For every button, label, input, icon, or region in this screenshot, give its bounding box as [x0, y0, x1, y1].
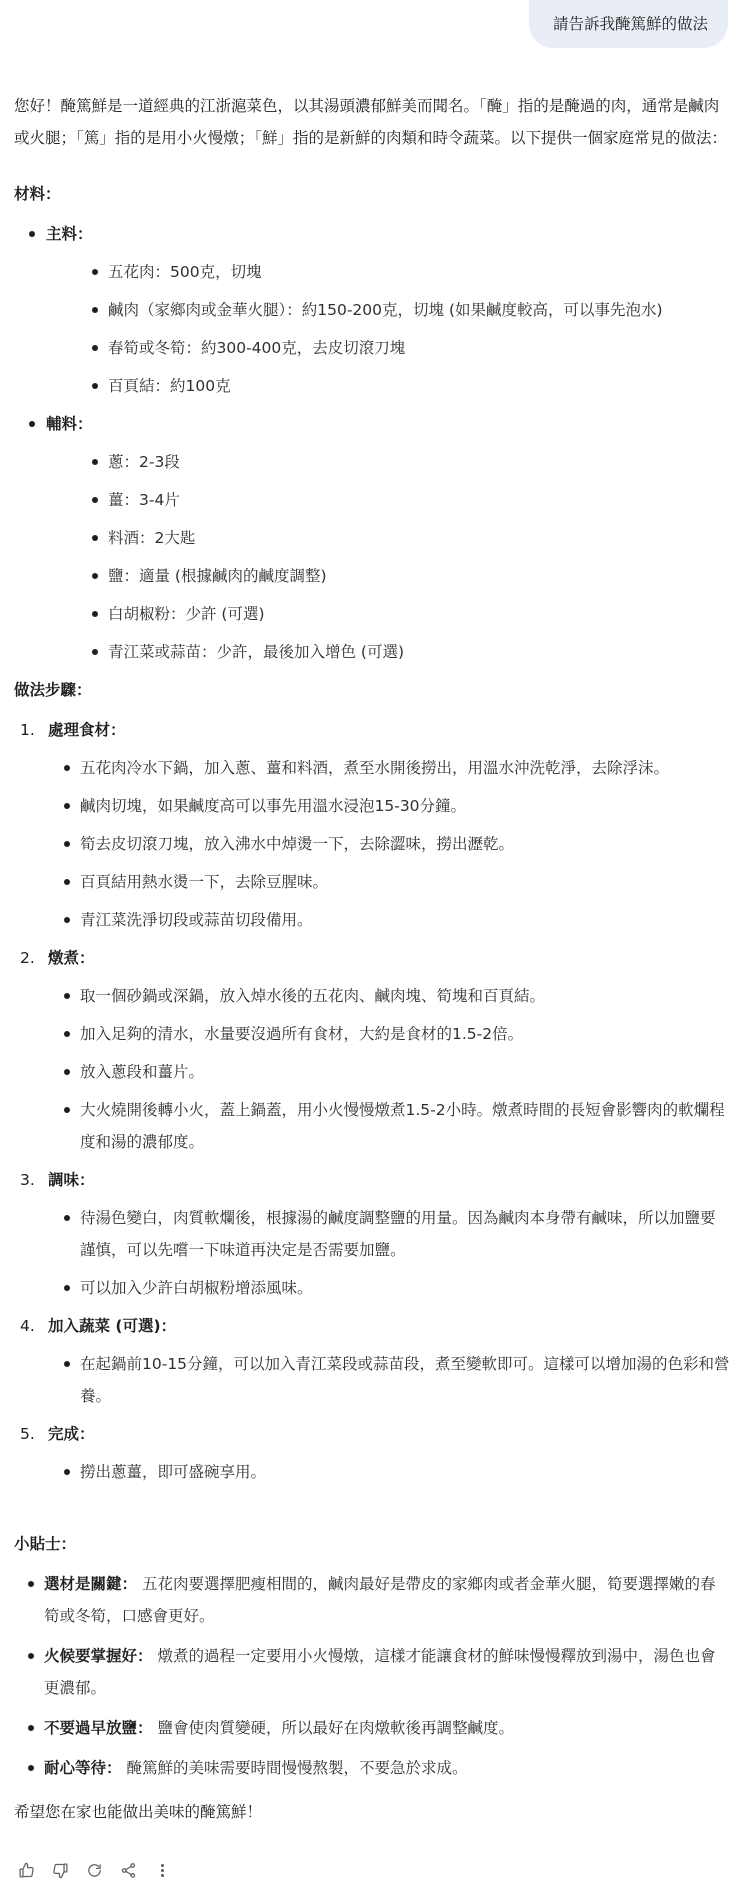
refresh-icon [86, 1862, 103, 1879]
step-number: 3. [20, 1164, 35, 1196]
list-item: 百頁結：約100克 [76, 370, 730, 402]
thumbs-down-icon [52, 1862, 69, 1879]
share-icon [120, 1862, 137, 1879]
thumbs-down-button[interactable] [48, 1858, 72, 1880]
user-message-bubble: 請告訴我醃篤鮮的做法 [529, 0, 728, 48]
tip-title: 火候要掌握好： [44, 1647, 153, 1665]
regenerate-button[interactable] [82, 1858, 106, 1880]
list-item: 大火燒開後轉小火，蓋上鍋蓋，用小火慢慢燉煮1.5-2小時。燉煮時間的長短會影響肉… [48, 1094, 730, 1158]
step-number: 4. [20, 1310, 35, 1342]
reply-intro: 您好！醃篤鮮是一道經典的江浙滬菜色，以其湯頭濃郁鮮美而聞名。「醃」指的是醃過的肉… [14, 90, 730, 154]
list-item: 撈出蔥薑，即可盛碗享用。 [48, 1456, 730, 1488]
tip-item: 耐心等待： 醃篤鮮的美味需要時間慢慢熬製，不要急於求成。 [14, 1752, 730, 1784]
share-button[interactable] [116, 1858, 140, 1880]
tip-title: 選材是關鍵： [44, 1575, 137, 1593]
list-item: 鹽：適量 (根據鹹肉的鹹度調整) [76, 560, 730, 592]
tip-title: 不要過早放鹽： [44, 1719, 153, 1737]
step-label: 燉煮： [48, 942, 730, 974]
steps-list: 1. 處理食材： 五花肉冷水下鍋，加入蔥、薑和料酒，煮至水開後撈出，用溫水沖洗乾… [14, 714, 730, 1488]
thumbs-up-button[interactable] [14, 1858, 38, 1880]
thumbs-up-icon [18, 1862, 35, 1879]
list-item: 可以加入少許白胡椒粉增添風味。 [48, 1272, 730, 1304]
tips-heading: 小貼士： [14, 1528, 730, 1560]
step-4: 4. 加入蔬菜 (可選)： 在起鍋前10-15分鐘，可以加入青江菜段或蒜苗段，煮… [14, 1310, 730, 1412]
ingredients-heading: 材料： [14, 178, 730, 210]
more-options-button[interactable] [150, 1858, 174, 1880]
step-3: 3. 調味： 待湯色變白，肉質軟爛後，根據湯的鹹度調整鹽的用量。因為鹹肉本身帶有… [14, 1164, 730, 1304]
list-item: 五花肉：500克，切塊 [76, 256, 730, 288]
tip-item: 火候要掌握好： 燉煮的過程一定要用小火慢燉，這樣才能讓食材的鮮味慢慢釋放到湯中，… [14, 1640, 730, 1704]
list-item: 鹹肉切塊，如果鹹度高可以事先用溫水浸泡15-30分鐘。 [48, 790, 730, 822]
user-message-row: 請告訴我醃篤鮮的做法 [529, 0, 728, 48]
step-label: 處理食材： [48, 714, 730, 746]
list-item: 青江菜或蒜苗：少許，最後加入增色 (可選) [76, 636, 730, 668]
step-number: 5. [20, 1418, 35, 1450]
response-actions [14, 1858, 730, 1880]
list-item: 薑：3-4片 [76, 484, 730, 516]
assistant-reply: 您好！醃篤鮮是一道經典的江浙滬菜色，以其湯頭濃郁鮮美而聞名。「醃」指的是醃過的肉… [14, 90, 730, 1880]
tip-text: 醃篤鮮的美味需要時間慢慢熬製，不要急於求成。 [122, 1759, 468, 1777]
step-5: 5. 完成： 撈出蔥薑，即可盛碗享用。 [14, 1418, 730, 1488]
list-item: 待湯色變白，肉質軟爛後，根據湯的鹹度調整鹽的用量。因為鹹肉本身帶有鹹味，所以加鹽… [48, 1202, 730, 1266]
step-label: 加入蔬菜 (可選)： [48, 1310, 730, 1342]
step-label: 調味： [48, 1164, 730, 1196]
step-number: 1. [20, 714, 35, 746]
list-item: 加入足夠的清水，水量要沒過所有食材，大約是食材的1.5-2倍。 [48, 1018, 730, 1050]
ingredient-group-main: 主料： 五花肉：500克，切塊 鹹肉（家鄉肉或金華火腿）：約150-200克，切… [14, 218, 730, 402]
list-item: 蔥：2-3段 [76, 446, 730, 478]
tip-text: 五花肉要選擇肥瘦相間的，鹹肉最好是帶皮的家鄉肉或者金華火腿，筍要選擇嫩的春筍或冬… [44, 1575, 715, 1625]
list-item: 筍去皮切滾刀塊，放入沸水中焯燙一下，去除澀味，撈出瀝乾。 [48, 828, 730, 860]
tip-title: 耐心等待： [44, 1759, 122, 1777]
list-item: 鹹肉（家鄉肉或金華火腿）：約150-200克，切塊 (如果鹹度較高，可以事先泡水… [76, 294, 730, 326]
list-item: 取一個砂鍋或深鍋，放入焯水後的五花肉、鹹肉塊、筍塊和百頁結。 [48, 980, 730, 1012]
ingredient-group-secondary: 輔料： 蔥：2-3段 薑：3-4片 料酒：2大匙 鹽：適量 (根據鹹肉的鹹度調整… [14, 408, 730, 668]
list-item: 青江菜洗淨切段或蒜苗切段備用。 [48, 904, 730, 936]
step-number: 2. [20, 942, 35, 974]
list-item: 五花肉冷水下鍋，加入蔥、薑和料酒，煮至水開後撈出，用溫水沖洗乾淨，去除浮沫。 [48, 752, 730, 784]
list-item: 在起鍋前10-15分鐘，可以加入青江菜段或蒜苗段，煮至變軟即可。這樣可以增加湯的… [48, 1348, 730, 1412]
list-item: 春筍或冬筍：約300-400克，去皮切滾刀塊 [76, 332, 730, 364]
reply-closing: 希望您在家也能做出美味的醃篤鮮！ [14, 1796, 730, 1828]
step-1: 1. 處理食材： 五花肉冷水下鍋，加入蔥、薑和料酒，煮至水開後撈出，用溫水沖洗乾… [14, 714, 730, 936]
more-vert-icon [154, 1862, 171, 1879]
list-item: 百頁結用熱水燙一下，去除豆腥味。 [48, 866, 730, 898]
ingredient-group-label: 輔料： [46, 408, 730, 440]
tips-list: 選材是關鍵： 五花肉要選擇肥瘦相間的，鹹肉最好是帶皮的家鄉肉或者金華火腿，筍要選… [14, 1568, 730, 1784]
steps-heading: 做法步驟： [14, 674, 730, 706]
ingredient-group-label: 主料： [46, 218, 730, 250]
step-2: 2. 燉煮： 取一個砂鍋或深鍋，放入焯水後的五花肉、鹹肉塊、筍塊和百頁結。 加入… [14, 942, 730, 1158]
tip-item: 選材是關鍵： 五花肉要選擇肥瘦相間的，鹹肉最好是帶皮的家鄉肉或者金華火腿，筍要選… [14, 1568, 730, 1632]
list-item: 放入蔥段和薑片。 [48, 1056, 730, 1088]
list-item: 料酒：2大匙 [76, 522, 730, 554]
list-item: 白胡椒粉：少許 (可選) [76, 598, 730, 630]
tip-text: 鹽會使肉質變硬，所以最好在肉燉軟後再調整鹹度。 [153, 1719, 514, 1737]
tip-item: 不要過早放鹽： 鹽會使肉質變硬，所以最好在肉燉軟後再調整鹹度。 [14, 1712, 730, 1744]
ingredients-list: 主料： 五花肉：500克，切塊 鹹肉（家鄉肉或金華火腿）：約150-200克，切… [14, 218, 730, 668]
step-label: 完成： [48, 1418, 730, 1450]
